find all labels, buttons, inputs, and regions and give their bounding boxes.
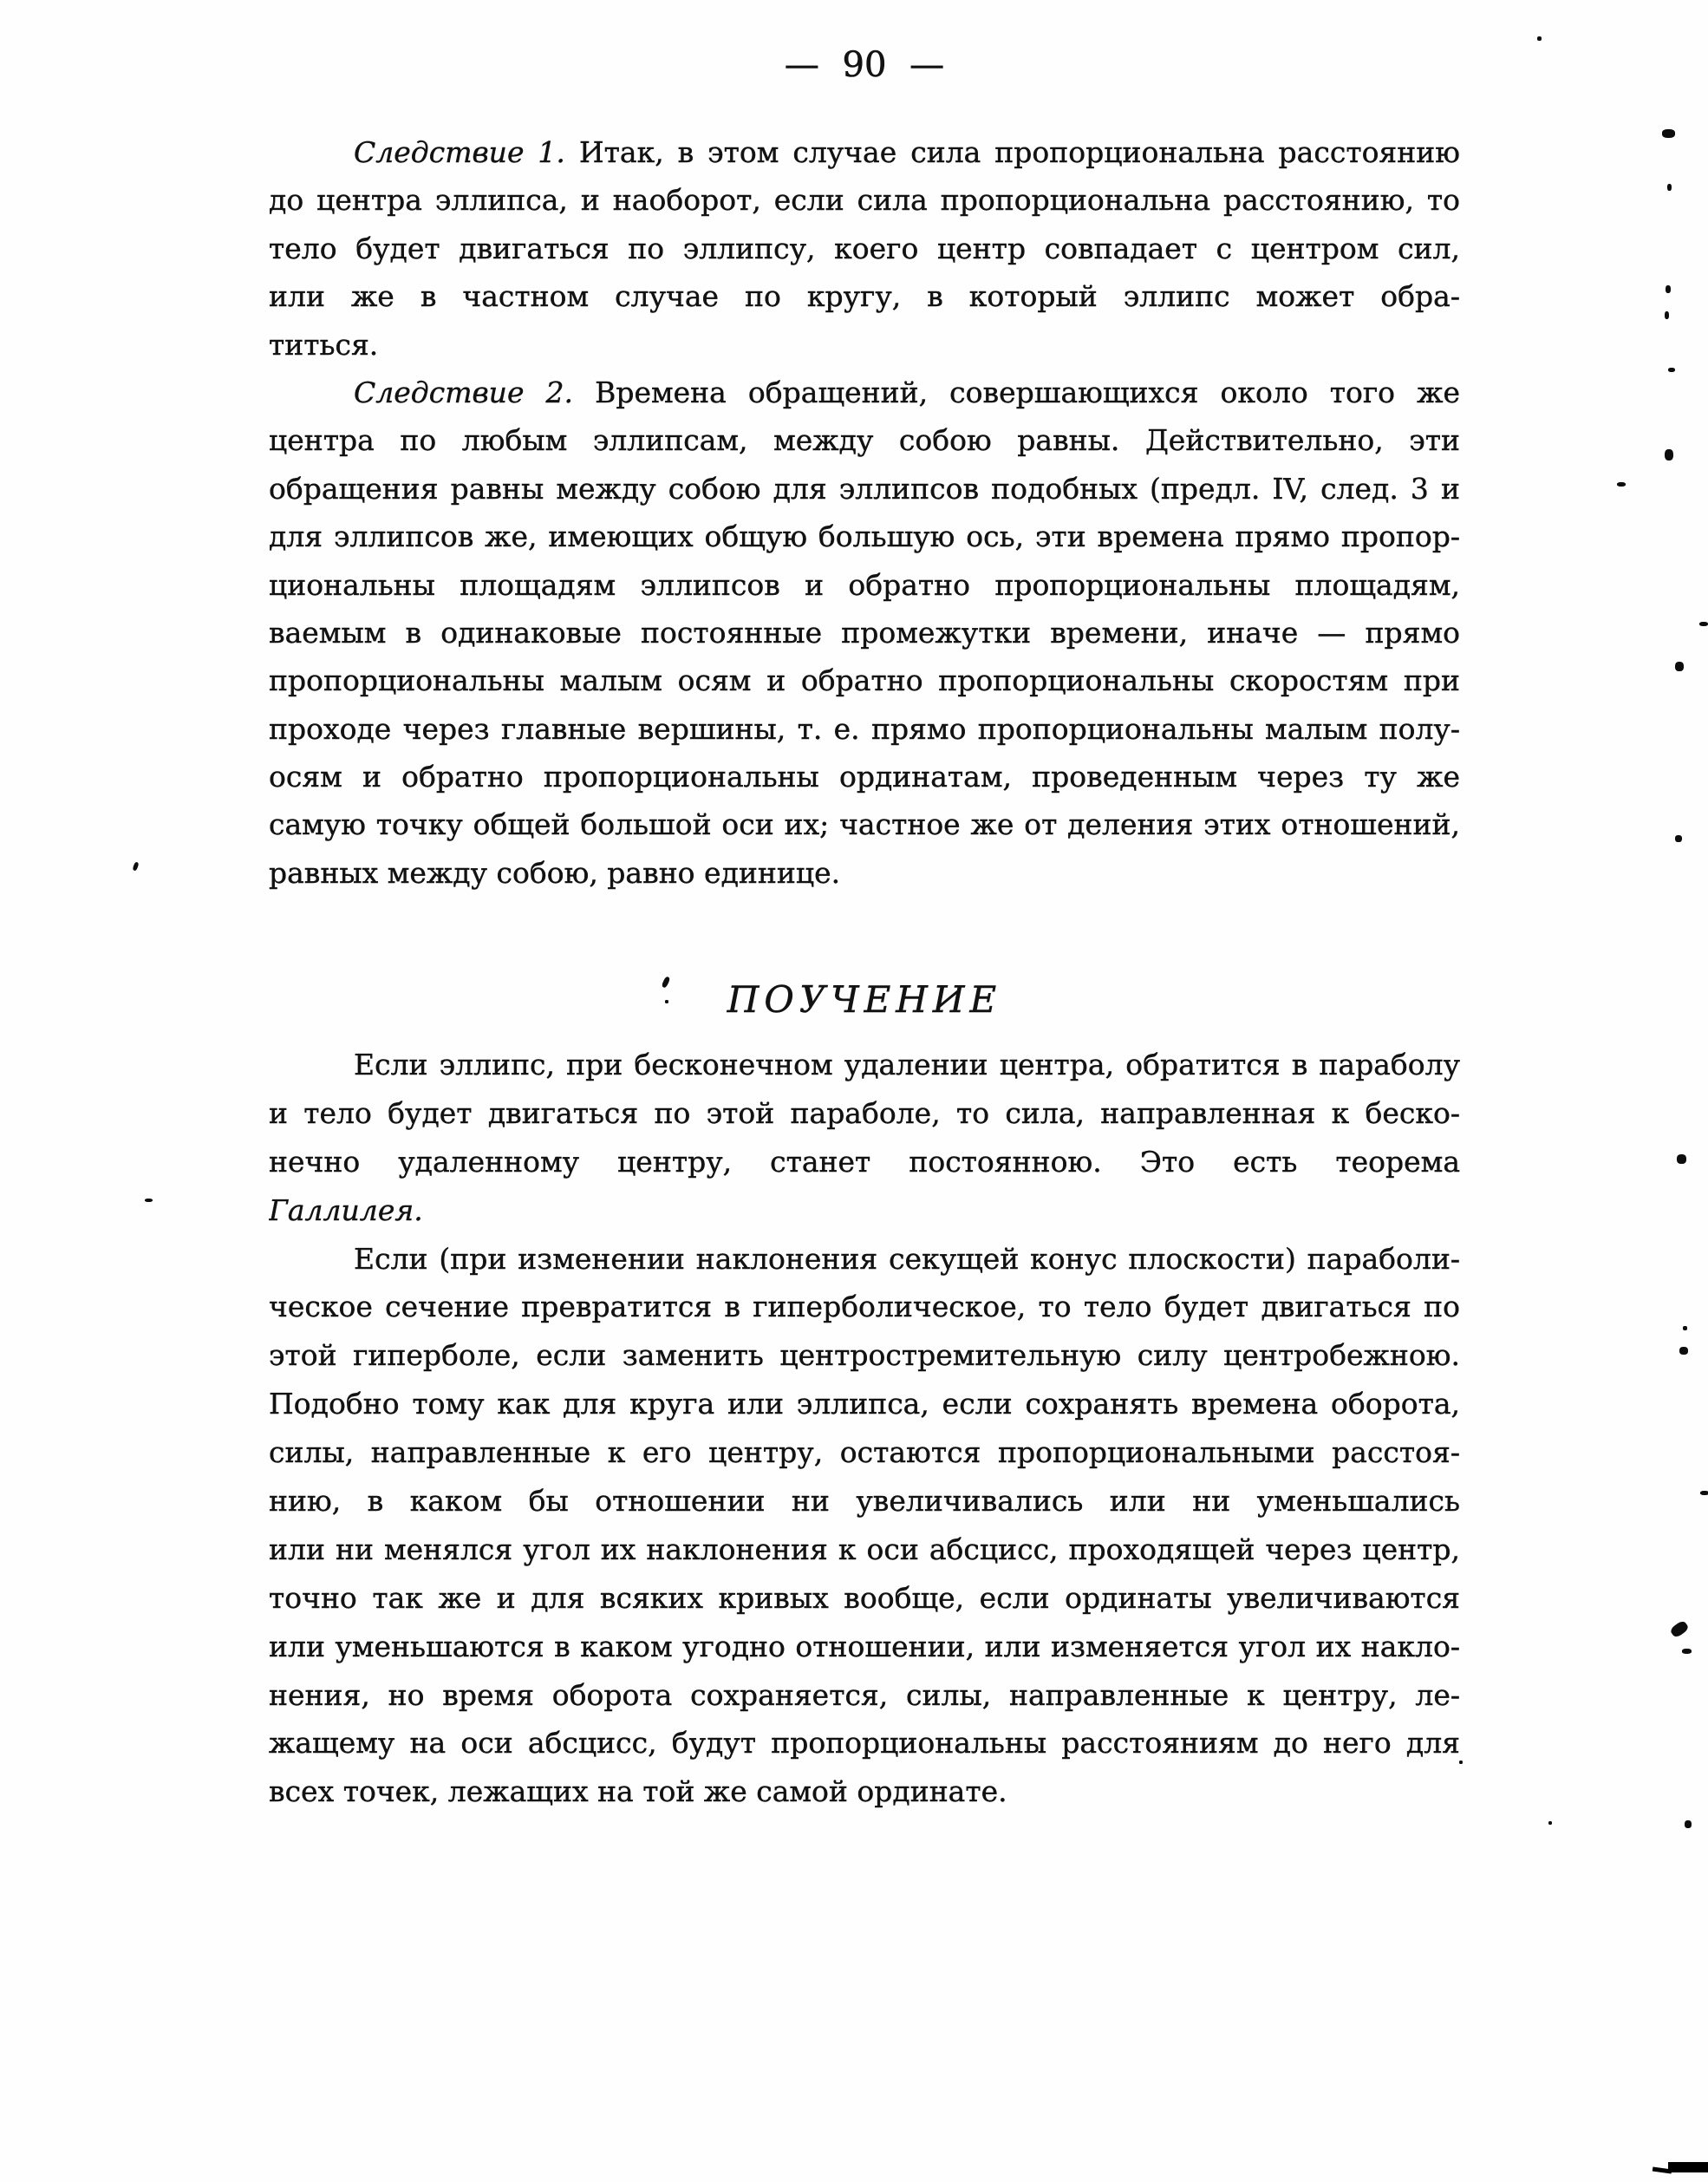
scholium-paragraph-1-first-line: Если эллипс, при бесконечном удалении це… xyxy=(269,1041,1460,1089)
text-line: самую точку общей большой оси их; частно… xyxy=(269,800,1460,848)
text-line: жащему на оси абсцисс, будут пропорциона… xyxy=(269,1719,1460,1767)
text-line: Подобно тому как для круга или эллипса, … xyxy=(269,1380,1460,1428)
text-line: обращения равны между собою для эллипсов… xyxy=(269,465,1460,513)
text-line: Итак, в этом случае сила пропорциональна… xyxy=(579,135,1460,169)
scan-speck xyxy=(1537,36,1542,41)
text-line: титься. xyxy=(269,321,1460,369)
scan-speck xyxy=(1700,1491,1708,1495)
scan-speck xyxy=(1699,622,1708,626)
text-line: осям и обратно пропорциональны ординатам… xyxy=(269,753,1460,800)
text-line: пропорциональны малым осям и обратно про… xyxy=(269,657,1460,704)
scan-speck xyxy=(1675,662,1684,671)
text-line: точно так же и для всяких кривых вообще,… xyxy=(269,1574,1460,1623)
text-line: центра по любым эллипсам, между собою ра… xyxy=(269,416,1460,464)
page-number: — 90 — xyxy=(269,45,1460,85)
scan-speck xyxy=(665,1000,668,1003)
text-line: или уменьшаются в каком угодно отношении… xyxy=(269,1623,1460,1671)
text-line: проходе через главные вершины, т. е. пря… xyxy=(269,705,1460,753)
text-line: этой гиперболе, если заменить центростре… xyxy=(269,1331,1460,1380)
scan-speck xyxy=(1662,129,1675,138)
text-line: для эллипсов же, имеющих общую большую о… xyxy=(269,513,1460,560)
text-line: равных между собою, равно единице. xyxy=(269,849,1460,897)
corollary-2-label: Следствие 2. xyxy=(354,376,573,409)
text-line: нию, в каком бы отношении ни увеличивали… xyxy=(269,1477,1460,1525)
scan-speck xyxy=(145,1199,153,1202)
scholium-heading: ПОУЧЕНИЕ xyxy=(269,974,1460,1026)
corollaries-text-block: Следствие 1. Итак, в этом случае сила пр… xyxy=(269,128,1460,897)
text-line: Времена обращений, совершающихся около т… xyxy=(595,376,1460,409)
text-line: ческое сечение превратится в гиперболиче… xyxy=(269,1283,1460,1331)
text-line: или ни менялся угол их наклонения к оси … xyxy=(269,1525,1460,1574)
scanned-book-page: — 90 — Следствие 1. Итак, в этом случае … xyxy=(0,0,1708,2182)
corollary-1-first-line: Следствие 1. Итак, в этом случае сила пр… xyxy=(269,128,1460,176)
text-line: циональны площадям эллипсов и обратно пр… xyxy=(269,561,1460,609)
scan-speck xyxy=(1669,1619,1690,1638)
scholium-paragraph-2-first-line: Если (при изменении наклонения секущей к… xyxy=(269,1235,1460,1284)
corollary-2-first-line: Следствие 2. Времена обращений, совершаю… xyxy=(269,369,1460,416)
text-line: или же в частном случае по кругу, в кото… xyxy=(269,272,1460,320)
galileo-name-line: Галлилея. xyxy=(269,1186,1460,1235)
text-line: тело будет двигаться по эллипсу, коего ц… xyxy=(269,225,1460,272)
scan-speck xyxy=(1685,1820,1692,1828)
text-line: нечно удаленному центру, станет постоянн… xyxy=(269,1138,1460,1186)
scan-speck xyxy=(1677,1154,1686,1164)
scan-speck xyxy=(1667,184,1672,191)
text-line: силы, направленные к его центру, остаютс… xyxy=(269,1428,1460,1477)
text-line: и тело будет двигаться по этой параболе,… xyxy=(269,1089,1460,1138)
scan-speck xyxy=(1665,311,1669,319)
scan-speck xyxy=(1668,368,1675,372)
scan-corner-mark xyxy=(1668,2162,1708,2172)
text-line: ваемым в одинаковые постоянные промежутк… xyxy=(269,609,1460,657)
corollary-1-label: Следствие 1. xyxy=(354,135,565,169)
scan-speck xyxy=(1665,449,1673,461)
scan-speck xyxy=(1666,285,1671,293)
scan-speck xyxy=(1459,1761,1463,1764)
scan-speck xyxy=(1682,1649,1692,1654)
scan-speck xyxy=(1617,482,1626,487)
scan-speck xyxy=(1548,1821,1552,1825)
text-line: до центра эллипса, и наоборот, если сила… xyxy=(269,176,1460,224)
scholium-text-block: Если эллипс, при бесконечном удалении це… xyxy=(269,1041,1460,1816)
text-line: всех точек, лежащих на той же самой орди… xyxy=(269,1767,1460,1816)
text-line: нения, но время оборота сохраняется, сил… xyxy=(269,1671,1460,1720)
scan-speck xyxy=(1679,1347,1688,1355)
scan-speck xyxy=(1675,835,1682,842)
scan-speck xyxy=(1683,1326,1687,1330)
scan-speck xyxy=(132,861,139,871)
